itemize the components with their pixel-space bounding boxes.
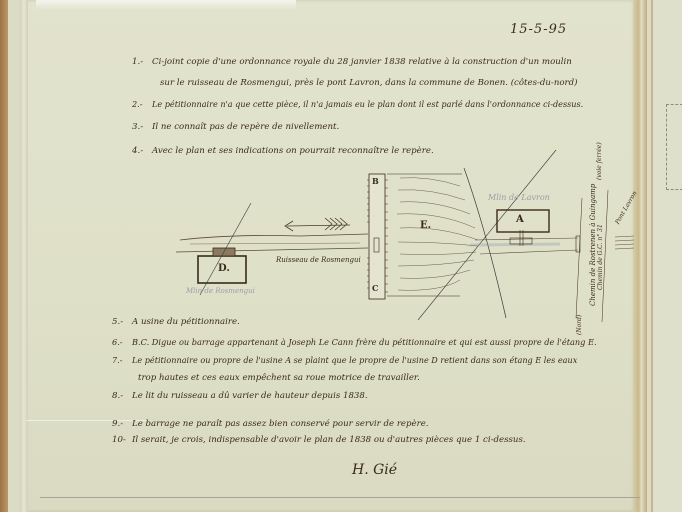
item-number: 7.-: [112, 354, 132, 366]
item-7-cont: trop hautes et ces eaux empêchent sa rou…: [138, 372, 420, 384]
road-sub-label: Chemin de G.C. n° 31: [597, 224, 604, 290]
mill-d-pencil-label: Mlin de Rosmengui: [186, 287, 255, 295]
mill-d-label: D.: [218, 263, 230, 274]
item-text: Il serait, je crois, indispensable d'avo…: [132, 435, 526, 445]
item-number: 8.-: [112, 390, 132, 402]
stream-label: Ruisseau de Rosmengui: [276, 256, 361, 264]
item-text: Le lit du ruisseau a dû varier de hauteu…: [132, 391, 368, 401]
item-7: 7.-Le pétitionnaire ou propre de l'usine…: [112, 354, 577, 366]
mill-a-pencil-label: Mlin de Lavron: [488, 193, 550, 202]
item-text: Le barrage ne paraît pas assez bien cons…: [132, 419, 429, 429]
dam-b-label: B: [372, 176, 379, 186]
item-text: trop hautes et ces eaux empêchent sa rou…: [138, 373, 420, 383]
road-note-label: (voie ferrée): [596, 142, 603, 180]
pond-e-label: E.: [420, 220, 431, 231]
item-number: 5.-: [112, 316, 132, 328]
item-6: 6.-B.C. Digue ou barrage appartenant à J…: [112, 336, 597, 348]
item-8: 8.-Le lit du ruisseau a dû varier de hau…: [112, 390, 368, 402]
item-9: 9.-Le barrage ne paraît pas assez bien c…: [112, 418, 429, 430]
item-text: B.C. Digue ou barrage appartenant à Jose…: [132, 337, 597, 347]
item-text: Le pétitionnaire ou propre de l'usine A …: [132, 355, 577, 365]
item-number: 9.-: [112, 418, 132, 430]
item-text: A usine du pétitionnaire.: [132, 317, 240, 327]
north-label: (Nord): [576, 315, 583, 335]
item-10: 10-Il serait, je crois, indispensable d'…: [112, 434, 526, 446]
dam-c-label: C: [372, 283, 378, 293]
item-number: 10-: [112, 434, 132, 446]
item-5: 5.-A usine du pétitionnaire.: [112, 316, 240, 328]
signature: H. Gié: [352, 462, 397, 478]
mill-a-label: A: [516, 214, 524, 225]
road-label: Chemin de Rostrenen à Guingamp: [589, 184, 597, 306]
item-number: 6.-: [112, 336, 132, 348]
